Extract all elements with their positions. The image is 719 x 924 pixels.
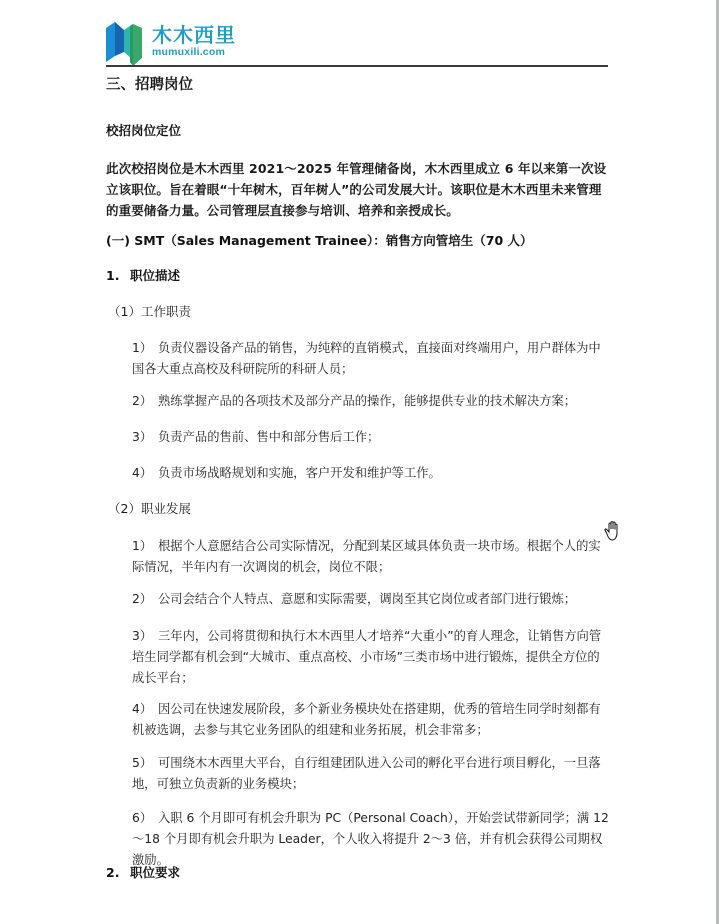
header-divider: [106, 65, 608, 67]
positioning-title: 校招岗位定位: [106, 121, 181, 141]
document-header: 木木西里 mumuxili.com: [106, 22, 608, 66]
part1-number: 1.: [106, 266, 130, 286]
career-item-6: 6）入职 6 个月即可有机会升职为 PC（Personal Coach），开始尝…: [132, 808, 610, 871]
sub2-label: （2）职业发展: [108, 499, 191, 519]
part2-title: 职位要求: [130, 865, 180, 880]
part1-heading: 1.职位描述: [106, 266, 180, 286]
sub1-label: （1）工作职责: [108, 302, 191, 322]
intro-paragraph: 此次校招岗位是木木西里 2021～2025 年管理储备岗，木木西里成立 6 年以…: [106, 158, 611, 221]
part2-heading: 2.职位要求: [106, 863, 180, 883]
career-item-5: 5）可围绕木木西里大平台，自行组建团队进入公司的孵化平台进行项目孵化，一旦落地，…: [132, 753, 610, 795]
career-item-3: 3）三年内，公司将贯彻和执行木木西里人才培养“大重小”的育人理念，让销售方向管培…: [132, 626, 610, 689]
logo-domain: mumuxili.com: [152, 46, 236, 58]
career-item-1: 1）根据个人意愿结合公司实际情况，分配到某区域具体负责一块市场。根据个人的实际情…: [132, 536, 610, 578]
career-item-4: 4）因公司在快速发展阶段，多个新业务模块处在搭建期，优秀的管培生同学时刻都有机被…: [132, 699, 610, 741]
duty-item-4: 4）负责市场战略规划和实施，客户开发和维护等工作。: [132, 463, 610, 484]
logo-wordmark: 木木西里 mumuxili.com: [152, 24, 236, 58]
logo-chinese-name: 木木西里: [152, 24, 236, 46]
duty-item-3: 3）负责产品的售前、售中和部分售后工作；: [132, 427, 610, 448]
duty-item-1: 1）负责仪器设备产品的销售，为纯粹的直销模式，直接面对终端用户，用户群体为中国各…: [132, 338, 610, 380]
hand-cursor-icon: [603, 520, 625, 542]
section-title: 三、招聘岗位: [106, 75, 193, 95]
position-title: (一) SMT（Sales Management Trainee）：销售方向管培…: [106, 231, 533, 251]
part2-number: 2.: [106, 863, 130, 883]
part1-title: 职位描述: [130, 268, 180, 283]
career-item-2: 2）公司会结合个人特点、意愿和实际需要，调岗至其它岗位或者部门进行锻炼；: [132, 589, 610, 610]
duty-item-2: 2）熟练掌握产品的各项技术及部分产品的操作，能够提供专业的技术解决方案；: [132, 391, 610, 412]
mumuxili-logo-icon: [106, 22, 148, 66]
